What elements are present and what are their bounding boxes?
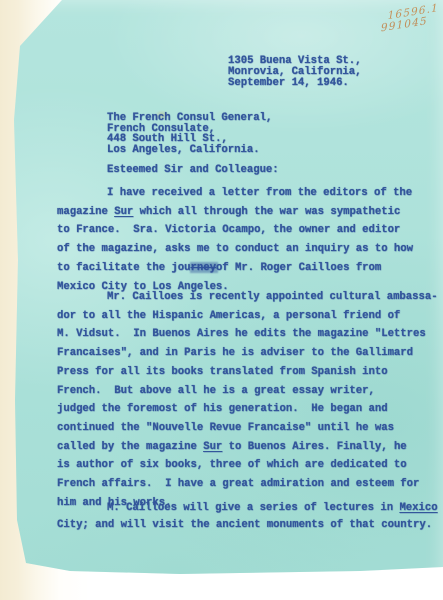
letter-line: called by the magazine Sur to Buenos Air… xyxy=(57,438,443,457)
text-segment: Francaises", and in Paris he is adviser … xyxy=(57,347,413,359)
text-segment: to Buenos Aires. Finally, he xyxy=(222,441,406,453)
archival-annotation: 16596.1 991045 xyxy=(388,3,440,33)
paragraph: M. Cailloes will give a series of lectur… xyxy=(57,500,443,534)
text-segment: to facilitate the jou xyxy=(57,262,191,274)
letter-line: September 14, 1946. xyxy=(228,78,362,89)
text-segment: called by the magazine xyxy=(57,441,203,453)
text-segment: City; and will visit the ancient monumen… xyxy=(57,519,432,531)
text-segment: Press for all its books translated from … xyxy=(57,366,388,378)
letter-line: Los Angeles, California. xyxy=(107,145,272,156)
letter-line: Mr. Cailloes is recently appointed cultu… xyxy=(57,288,443,307)
recipient-address: The French Consul General,French Consula… xyxy=(107,113,272,155)
letter-line: I have received a letter from the editor… xyxy=(57,184,443,203)
text-segment: I have received a letter from the editor… xyxy=(107,187,412,199)
letter-line: The French Consul General, xyxy=(107,113,272,124)
text-segment: M. Cailloes will give a series of lectur… xyxy=(107,502,399,514)
text-segment: of Mr. Roger Cailloes from xyxy=(216,262,381,274)
salutation: Esteemed Sir and Colleague: xyxy=(107,164,279,176)
text-segment: to France. Sra. Victoria Ocampo, the own… xyxy=(57,224,400,236)
text-segment: judged the foremost of his generation. H… xyxy=(57,403,388,415)
text-segment: dor to all the Hispanic Americas, a pers… xyxy=(57,310,400,322)
letter-line: M. Vidsut. In Buenos Aires he edits the … xyxy=(57,325,443,344)
letter-line: is author of six books, three of which a… xyxy=(57,456,443,475)
letter-line: judged the foremost of his generation. H… xyxy=(57,400,443,419)
underline-text: Mexico xyxy=(399,502,437,514)
letter-line: Press for all its books translated from … xyxy=(57,363,443,382)
scanned-letter-page: 16596.1 991045 1305 Buena Vista St.,Monr… xyxy=(0,0,443,600)
text-segment: which all through the war was sympatheti… xyxy=(133,206,400,218)
letter-line: Monrovia, California, xyxy=(228,67,362,78)
letter-line: M. Cailloes will give a series of lectur… xyxy=(57,500,443,517)
letter-line: magazine Sur which all through the war w… xyxy=(57,203,443,222)
paragraph: I have received a letter from the editor… xyxy=(57,184,443,296)
letter-line: City; and will visit the ancient monumen… xyxy=(57,517,443,534)
text-segment: French affairs. I have a great admiratio… xyxy=(57,478,419,490)
letter-content: 16596.1 991045 1305 Buena Vista St.,Monr… xyxy=(0,0,443,600)
letter-line: dor to all the Hispanic Americas, a pers… xyxy=(57,307,443,326)
text-segment: is author of six books, three of which a… xyxy=(57,459,407,471)
text-segment: M. Vidsut. In Buenos Aires he edits the … xyxy=(57,328,426,340)
letter-line: to facilitate the journeyof Mr. Roger Ca… xyxy=(57,259,443,278)
letter-line: of the magazine, asks me to conduct an i… xyxy=(57,240,443,259)
letter-line: French. But above all he is a great essa… xyxy=(57,382,443,401)
letter-line: to France. Sra. Victoria Ocampo, the own… xyxy=(57,221,443,240)
overstrike-text: rney xyxy=(191,262,216,274)
paragraph: Mr. Cailloes is recently appointed cultu… xyxy=(57,288,443,512)
sender-address: 1305 Buena Vista St.,Monrovia, Californi… xyxy=(228,56,362,88)
letter-line: Francaises", and in Paris he is adviser … xyxy=(57,344,443,363)
text-segment: continued the "Nouvelle Revue Francaise"… xyxy=(57,422,394,434)
text-segment: of the magazine, asks me to conduct an i… xyxy=(57,243,413,255)
text-segment: French. But above all he is a great essa… xyxy=(57,385,375,397)
underline-text: Sur xyxy=(203,441,222,453)
text-segment: Mr. Cailloes is recently appointed cultu… xyxy=(107,291,438,303)
letter-line: continued the "Nouvelle Revue Francaise"… xyxy=(57,419,443,438)
text-segment: magazine xyxy=(57,206,114,218)
letter-line: French affairs. I have a great admiratio… xyxy=(57,475,443,494)
underline-text: Sur xyxy=(114,206,133,218)
